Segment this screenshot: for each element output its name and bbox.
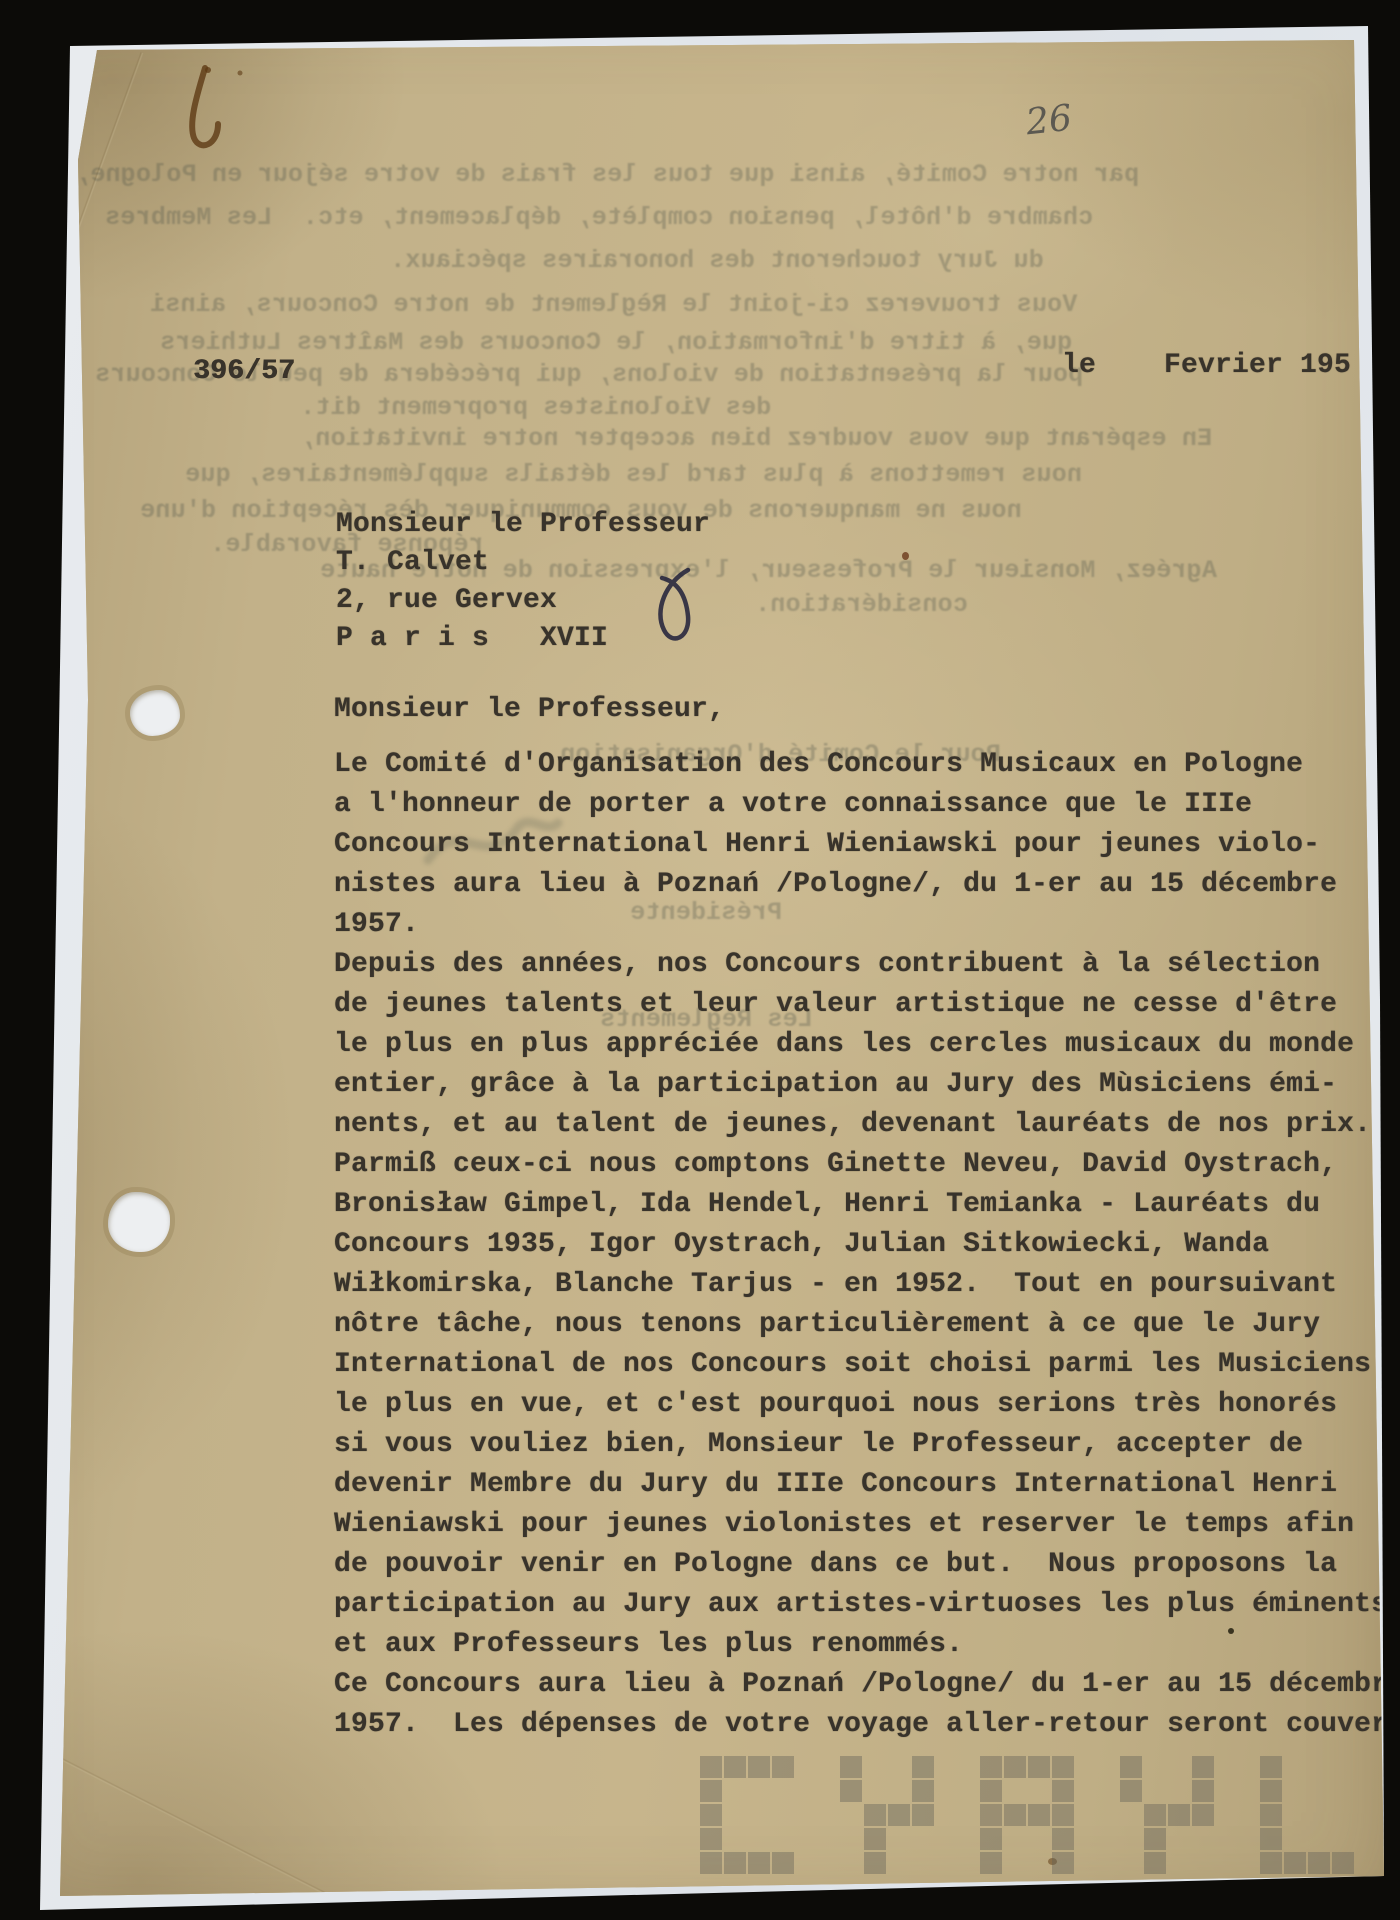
bleedthrough-line: que, à titre d'information, le Concours … xyxy=(160,328,1072,357)
watermark-pixel xyxy=(840,1756,862,1778)
watermark-pixel xyxy=(700,1804,722,1826)
watermark-pixel xyxy=(700,1780,722,1802)
body-line: Wiłkomirska, Blanche Tarjus - en 1952. T… xyxy=(334,1265,1388,1305)
bleedthrough-line: En espérant que vous voudrez bien accept… xyxy=(300,424,1212,453)
watermark-pixel xyxy=(1144,1828,1166,1850)
watermark-pixel xyxy=(840,1780,862,1802)
paper-crease xyxy=(50,1752,337,1901)
body-line: participation au Jury aux artistes-virtu… xyxy=(334,1585,1388,1625)
watermark-pixel xyxy=(1260,1756,1282,1778)
body-line: Ce Concours aura lieu à Poznań /Pologne/… xyxy=(334,1665,1388,1705)
bleedthrough-line: Vous trouverez ci-joint le Règlement de … xyxy=(150,290,1077,319)
bleedthrough-line: considération. xyxy=(755,590,968,619)
watermark-pixel xyxy=(912,1756,934,1778)
punch-hole xyxy=(108,1192,170,1252)
salutation: Monsieur le Professeur, xyxy=(334,690,725,730)
body-line: a l'honneur de porter a votre connaissan… xyxy=(334,785,1388,825)
watermark-pixel xyxy=(1120,1756,1142,1778)
page-number-annotation: 26 xyxy=(1024,98,1074,144)
body-line: si vous vouliez bien, Monsieur le Profes… xyxy=(334,1425,1388,1465)
watermark-pixel xyxy=(748,1756,770,1778)
body-line: 1957. Les dépenses de votre voyage aller… xyxy=(334,1705,1388,1745)
watermark-pixel xyxy=(888,1804,910,1826)
body-line: de pouvoir venir en Pologne dans ce but.… xyxy=(334,1545,1388,1585)
bleedthrough-line: du Jury toucheront des honoraires spécia… xyxy=(390,246,1044,275)
paper-speck xyxy=(902,552,909,560)
body-line: le plus en plus appréciée dans les cercl… xyxy=(334,1025,1388,1065)
watermark-pixel xyxy=(724,1756,746,1778)
watermark-pixel xyxy=(1052,1756,1074,1778)
watermark-pixel xyxy=(1192,1780,1214,1802)
watermark-pixel xyxy=(1192,1756,1214,1778)
reference-number: 396/57 xyxy=(193,356,295,387)
watermark-pixel xyxy=(912,1780,934,1802)
watermark-pixel xyxy=(1028,1756,1050,1778)
date-line: le Fevrier 195 xyxy=(1062,350,1351,381)
watermark-pixel xyxy=(1120,1780,1142,1802)
watermark-pixel xyxy=(980,1756,1002,1778)
watermark-pixel xyxy=(1260,1804,1282,1826)
watermark-pixel xyxy=(1052,1804,1074,1826)
body-line: Le Comité d'Organisation des Concours Mu… xyxy=(334,745,1388,785)
cyryl-watermark xyxy=(700,1756,1380,1876)
watermark-pixel xyxy=(1260,1852,1282,1874)
recipient-line: Monsieur le Professeur xyxy=(336,506,710,544)
watermark-pixel xyxy=(772,1756,794,1778)
watermark-pixel xyxy=(1052,1780,1074,1802)
watermark-pixel xyxy=(1144,1804,1166,1826)
body-line: Wieniawski pour jeunes violonistes et re… xyxy=(334,1505,1388,1545)
body-line: nistes aura lieu à Poznań /Pologne/, du … xyxy=(334,865,1388,905)
body-line: International de nos Concours soit chois… xyxy=(334,1345,1388,1385)
watermark-pixel xyxy=(864,1804,886,1826)
watermark-pixel xyxy=(1260,1780,1282,1802)
watermark-pixel xyxy=(700,1756,722,1778)
bleedthrough-line: nous remettons à plus tard les détails s… xyxy=(185,460,1082,489)
watermark-pixel xyxy=(1052,1828,1074,1850)
ink-stain-mark xyxy=(160,58,260,158)
watermark-pixel xyxy=(1192,1804,1214,1826)
watermark-pixel xyxy=(1004,1804,1026,1826)
bleedthrough-line: par notre Comité, ainsi que tous les fra… xyxy=(75,160,1139,189)
watermark-pixel xyxy=(1284,1852,1306,1874)
watermark-pixel xyxy=(980,1828,1002,1850)
watermark-pixel xyxy=(772,1852,794,1874)
body-line: Depuis des années, nos Concours contribu… xyxy=(334,945,1388,985)
body-line: Concours 1935, Igor Oystrach, Julian Sit… xyxy=(334,1225,1388,1265)
watermark-pixel xyxy=(1308,1852,1330,1874)
watermark-pixel xyxy=(1332,1852,1354,1874)
letter-paper: par notre Comité, ainsi que tous les fra… xyxy=(0,0,1400,1920)
watermark-pixel xyxy=(700,1828,722,1850)
paper-speck xyxy=(1228,1628,1234,1634)
watermark-pixel xyxy=(1168,1804,1190,1826)
watermark-pixel xyxy=(912,1804,934,1826)
watermark-pixel xyxy=(1028,1804,1050,1826)
watermark-pixel xyxy=(1004,1756,1026,1778)
watermark-pixel xyxy=(1260,1828,1282,1850)
pen-correction-mark xyxy=(636,566,710,654)
bleedthrough-line: chambre d'hôtel, pension complète, dépla… xyxy=(105,203,1093,232)
body-line: le plus en vue, et c'est pourquoi nous s… xyxy=(334,1385,1388,1425)
body-line: Bronisław Gimpel, Ida Hendel, Henri Temi… xyxy=(334,1185,1388,1225)
bleedthrough-line: des Violonistes proprement dit. xyxy=(300,393,771,422)
body-line: de jeunes talents et leur valeur artisti… xyxy=(334,985,1388,1025)
body-line: entier, grâce à la participation au Jury… xyxy=(334,1065,1388,1105)
watermark-pixel xyxy=(864,1828,886,1850)
watermark-pixel xyxy=(748,1852,770,1874)
watermark-pixel xyxy=(980,1852,1002,1874)
body-line: Parmiß ceux-ci nous comptons Ginette Nev… xyxy=(334,1145,1388,1185)
watermark-pixel xyxy=(1144,1852,1166,1874)
punch-hole xyxy=(130,690,180,736)
scanned-letter-page: par notre Comité, ainsi que tous les fra… xyxy=(0,0,1400,1920)
watermark-pixel xyxy=(1052,1852,1074,1874)
body-line: devenir Membre du Jury du IIIe Concours … xyxy=(334,1465,1388,1505)
watermark-pixel xyxy=(980,1804,1002,1826)
body-line: 1957. xyxy=(334,905,1388,945)
body-line: nents, et au talent de jeunes, devenant … xyxy=(334,1105,1388,1145)
letter-body: Le Comité d'Organisation des Concours Mu… xyxy=(334,745,1388,1745)
body-line: nôtre tâche, nous tenons particulièremen… xyxy=(334,1305,1388,1345)
watermark-pixel xyxy=(980,1780,1002,1802)
watermark-pixel xyxy=(864,1852,886,1874)
watermark-pixel xyxy=(724,1852,746,1874)
watermark-pixel xyxy=(700,1852,722,1874)
body-line: Concours International Henri Wieniawski … xyxy=(334,825,1388,865)
